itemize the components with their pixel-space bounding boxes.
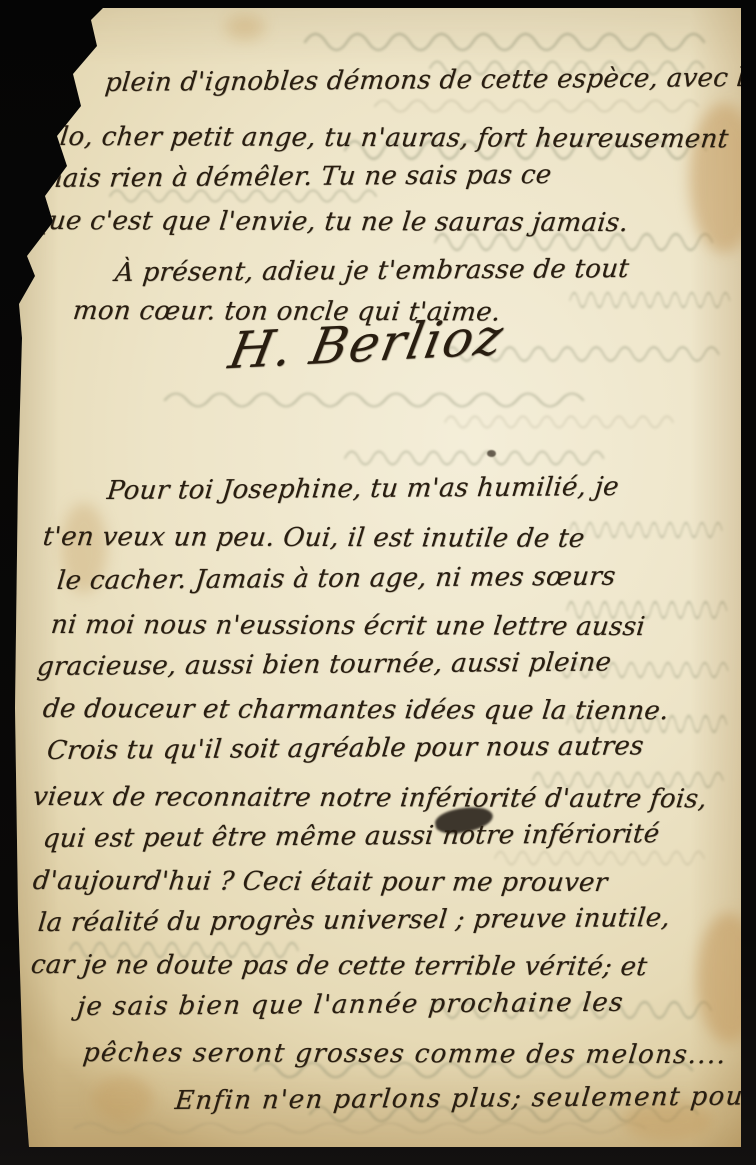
line-p2-11: la réalité du progrès universel ; preuve…: [37, 905, 672, 936]
line-p2-5: gracieuse, aussi bien tournée, aussi ple…: [36, 649, 613, 680]
foxing-stain: [93, 1075, 153, 1121]
line-p2-4: ni moi nous n'eussions écrit une lettre …: [50, 612, 647, 640]
line-p1-3: mais rien à démêler. Tu ne sais pas ce: [37, 162, 553, 192]
ink-speck: [487, 450, 496, 457]
line-p1-1: plein d'ignobles démons de cette espèce,…: [104, 65, 756, 96]
line-p2-12: car je ne doute pas de cette terrible vé…: [30, 952, 649, 980]
line-p2-7: Crois tu qu'il soit agréable pour nous a…: [46, 733, 645, 764]
signature-h-berlioz: H. Berlioz: [225, 311, 509, 376]
line-p1-2: lo, cher petit ange, tu n'auras, fort he…: [59, 124, 730, 152]
foxing-stain: [697, 913, 756, 1043]
letter-page: plein d'ignobles démons de cette espèce,…: [15, 8, 741, 1147]
line-p2-1: Pour toi Josephine, tu m'as humilié, je: [106, 474, 620, 504]
line-p2-3: le cacher. Jamais à ton age, ni mes sœur…: [56, 564, 617, 594]
line-closing-1: À présent, adieu je t'embrasse de tout: [114, 256, 631, 286]
photo-background: plein d'ignobles démons de cette espèce,…: [0, 0, 756, 1165]
line-p2-6: de douceur et charmantes idées que la ti…: [42, 696, 670, 724]
line-p2-13: je sais bien que l'année prochaine les: [76, 990, 625, 1020]
line-p2-14: pêches seront grosses comme des melons..…: [82, 1040, 729, 1068]
line-p2-10: d'aujourd'hui ? Ceci était pour me prouv…: [32, 868, 609, 896]
line-p2-15: Enfin n'en parlons plus; seulement pour: [174, 1083, 756, 1114]
line-p2-2: t'en veux un peu. Oui, il est inutile de…: [42, 524, 586, 552]
line-p1-4: que c'est que l'envie, tu ne le sauras j…: [31, 208, 630, 236]
foxing-stain: [225, 14, 265, 40]
line-p2-9: qui est peut être même aussi notre infér…: [42, 821, 661, 852]
line-p2-8: vieux de reconnaitre notre infériorité d…: [32, 784, 709, 812]
